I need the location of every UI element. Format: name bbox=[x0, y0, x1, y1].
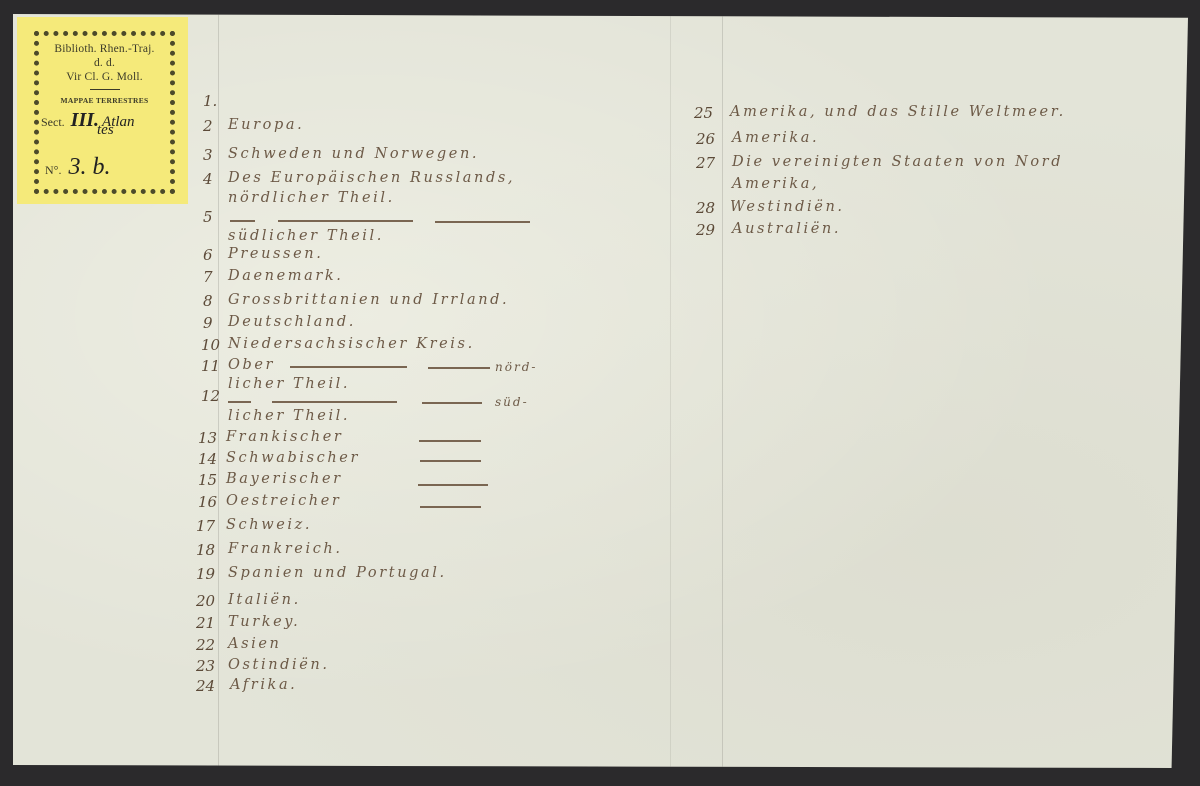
entry-number: 25 bbox=[694, 104, 713, 122]
entry-number: 14 bbox=[198, 450, 217, 468]
list-item: Schweiz. bbox=[226, 517, 312, 533]
ditto-dash bbox=[422, 402, 482, 404]
entry-number: 1. bbox=[203, 92, 217, 110]
ditto-dash bbox=[435, 221, 530, 223]
section-number: III. bbox=[71, 109, 99, 131]
list-item: Amerika. bbox=[732, 130, 819, 146]
entry-number: 24 bbox=[196, 677, 215, 695]
list-item-cont: Amerika, bbox=[732, 176, 819, 192]
entry-number: 8 bbox=[203, 292, 213, 310]
entry-number: 5 bbox=[203, 208, 213, 226]
list-item-cont: licher Theil. bbox=[228, 376, 350, 392]
entry-number: 3 bbox=[203, 146, 213, 164]
list-item: Niedersachsischer Kreis. bbox=[228, 336, 475, 352]
entry-number: 22 bbox=[196, 636, 215, 654]
list-item: Australiën. bbox=[732, 221, 841, 237]
list-item: Spanien und Portugal. bbox=[228, 565, 447, 581]
library-name: Biblioth. Rhen.-Traj. bbox=[39, 42, 170, 56]
entry-number: 2 bbox=[203, 117, 213, 135]
list-item: Preussen. bbox=[228, 246, 323, 262]
ditto-dash bbox=[428, 367, 490, 369]
entry-number: 10 bbox=[201, 336, 220, 354]
list-item-suffix: süd- bbox=[495, 395, 529, 409]
list-item: Frankischer bbox=[226, 429, 343, 445]
right-margin-line bbox=[722, 14, 723, 768]
number-prefix: N°. bbox=[45, 163, 61, 177]
entry-number: 4 bbox=[203, 170, 213, 188]
list-item: Europa. bbox=[228, 117, 304, 133]
entry-number: 17 bbox=[196, 517, 215, 535]
list-item: Des Europäischen Russlands, bbox=[228, 170, 515, 186]
list-item: Italiën. bbox=[228, 592, 301, 608]
list-item: Deutschland. bbox=[228, 314, 356, 330]
collection-name: MAPPAE TERRESTRES bbox=[39, 96, 170, 105]
fold-line bbox=[670, 14, 671, 768]
ditto-dash bbox=[230, 220, 255, 222]
ditto-dash bbox=[419, 440, 481, 442]
list-item: Schweden und Norwegen. bbox=[228, 146, 479, 162]
number-row: N°. 3. b. bbox=[45, 154, 110, 181]
list-item: Daenemark. bbox=[228, 268, 344, 284]
entry-number: 13 bbox=[198, 429, 217, 447]
list-item: Die vereinigten Staaten von Nord bbox=[732, 154, 1063, 170]
entry-number: 7 bbox=[203, 268, 213, 286]
entry-number: 23 bbox=[196, 657, 215, 675]
ditto-dash bbox=[420, 506, 481, 508]
list-item: Turkey. bbox=[228, 614, 300, 630]
list-item: Grossbrittanien und Irrland. bbox=[228, 292, 509, 308]
list-item: südlicher Theil. bbox=[228, 228, 384, 244]
ditto-dash bbox=[272, 401, 397, 403]
list-item: Bayerischer bbox=[226, 471, 343, 487]
number-value: 3. b. bbox=[68, 154, 110, 180]
library-label: Biblioth. Rhen.-Traj. d. d. Vir Cl. G. M… bbox=[17, 17, 188, 204]
list-item: Westindiën. bbox=[730, 199, 845, 215]
entry-number: 11 bbox=[201, 357, 220, 375]
entry-number: 27 bbox=[696, 154, 715, 172]
list-item: Ostindiën. bbox=[228, 657, 330, 673]
list-item: Frankreich. bbox=[228, 541, 343, 557]
entry-number: 29 bbox=[696, 221, 715, 239]
entry-number: 28 bbox=[696, 199, 715, 217]
list-item: Schwabischer bbox=[226, 450, 360, 466]
label-divider bbox=[90, 89, 120, 90]
entry-number: 9 bbox=[203, 314, 213, 332]
ditto-dash bbox=[290, 366, 407, 368]
list-item-suffix: nörd- bbox=[495, 360, 537, 374]
entry-number: 18 bbox=[196, 541, 215, 559]
library-dd: d. d. bbox=[39, 56, 170, 70]
list-item: Asien bbox=[228, 636, 281, 652]
ditto-dash bbox=[420, 460, 481, 462]
list-item: Oestreicher bbox=[226, 493, 341, 509]
entry-number: 6 bbox=[203, 246, 213, 264]
entry-number: 26 bbox=[696, 130, 715, 148]
list-item-cont: nördlicher Theil. bbox=[228, 190, 395, 206]
ditto-dash bbox=[278, 220, 413, 222]
list-item: Amerika, und das Stille Weltmeer. bbox=[730, 104, 1066, 120]
list-item: Ober bbox=[228, 357, 275, 373]
ditto-dash bbox=[418, 484, 488, 486]
list-item: Afrika. bbox=[230, 677, 297, 693]
section-prefix: Sect. bbox=[41, 115, 65, 129]
entry-number: 19 bbox=[196, 565, 215, 583]
manuscript-page bbox=[13, 14, 1188, 768]
entry-number: 21 bbox=[196, 614, 215, 632]
entry-number: 12 bbox=[201, 387, 220, 405]
entry-number: 15 bbox=[198, 471, 217, 489]
ditto-dash bbox=[228, 401, 251, 403]
library-donor: Vir Cl. G. Moll. bbox=[39, 70, 170, 84]
entry-number: 16 bbox=[198, 493, 217, 511]
section-handwritten-cont: tes bbox=[97, 122, 114, 139]
list-item-cont: licher Theil. bbox=[228, 408, 350, 424]
label-ornamental-border: Biblioth. Rhen.-Traj. d. d. Vir Cl. G. M… bbox=[34, 31, 175, 194]
entry-number: 20 bbox=[196, 592, 215, 610]
